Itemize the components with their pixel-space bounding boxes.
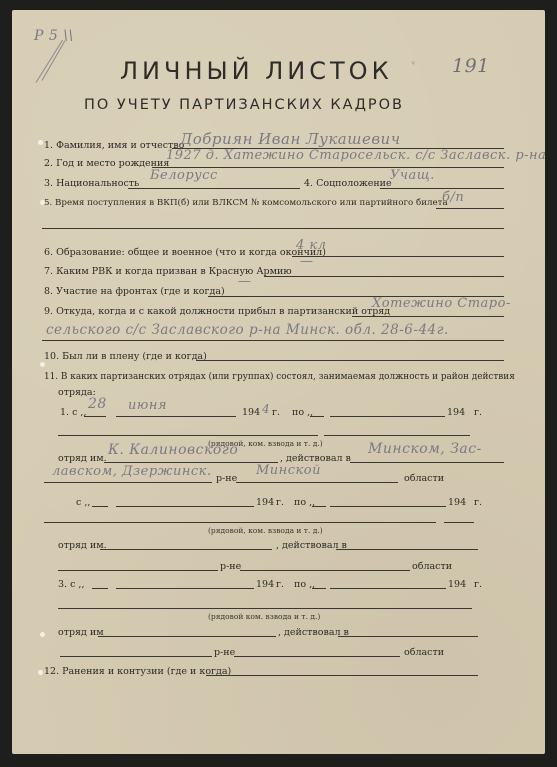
entry-2-year-g: г. [276,497,284,508]
field-4-label: 4. Соцположение [304,178,392,189]
field-7-value: — [300,254,314,269]
entry-3-to-year-g: г. [474,579,482,590]
entry-2-to-month-line [330,506,446,507]
punch-hole [40,632,45,637]
field-7-label: 7. Каким РВК и когда призван в Красную А… [44,266,292,277]
field-8-value: — [238,274,252,289]
field-9-line-2 [42,340,504,341]
entry-2-position-line-2 [444,522,474,523]
entry-2-detachment-line [100,549,272,550]
field-12-label: 12. Ранения и контузии (где и когда) [44,666,231,677]
field-2-value: 1927 д. Хатежино Старосельск. с/с Заслав… [166,148,546,163]
entry-2-district-label: р-не [220,561,241,572]
entry-3-district-line [60,656,212,657]
field-4-value: Учащ. [390,168,435,183]
entry-3-to-year: 194 [448,579,466,590]
field-9-label: 9. Откуда, когда и с какой должности при… [44,306,390,317]
entry-3-district-label: р-не [214,647,235,658]
field-6-label: 6. Образование: общее и военное (что и к… [44,247,326,258]
punch-hole [38,140,43,145]
field-6-line [292,256,504,257]
entry-1-region: Минской [256,463,321,478]
entry-2-position-line [44,522,436,523]
entry-1-acted-in: Минском, Зас- [368,441,482,457]
entry-1-day-line [84,416,106,417]
entry-1-to-year: 194 [447,407,465,418]
entry-2-to-year-g: г. [474,497,482,508]
entry-2-acted-line [336,549,478,550]
entry-1-detachment-line [104,462,278,463]
entry-1-district-label: р-не [216,473,237,484]
entry-1-from-month: июня [128,398,167,413]
field-1-value: Добриян Иван Лукашевич [180,130,401,148]
field-5-line-2 [42,228,504,229]
entry-3-to-month-line [330,588,446,589]
field-7-line [264,276,504,277]
field-1-label: 1. Фамилия, имя и отчество [44,140,184,151]
document-title: ЛИЧНЫЙ ЛИСТОК [120,57,393,85]
field-8-label: 8. Участие на фронтах (где и когда) [44,286,225,297]
entry-3-year-g: г. [276,579,284,590]
entry-3-position-caption: (рядовой ком. взвода и т. д.) [208,612,320,621]
entry-3-position-line [58,608,472,609]
field-9-line [352,316,504,317]
entry-1-month-line [116,416,236,417]
entry-3-year-prefix: 194 [256,579,274,590]
field-3-label: 3. Национальность [44,178,139,189]
entry-1-year-g: г. [272,407,280,418]
entry-3-acted-line [338,636,478,637]
entry-1-acted-line [350,462,504,463]
entry-1-year-suffix: 4 [262,402,270,416]
entry-2-day-line [92,506,108,507]
entry-1-position-line-2 [324,435,470,436]
field-5-value: б/п [442,190,464,205]
entry-1-number: 1. с ,, [60,407,86,418]
punch-hole [40,362,45,367]
entry-1-from-day: 28 [88,396,107,412]
entry-3-number: 3. с ,, [58,579,84,590]
entry-2-year-prefix: 194 [256,497,274,508]
punch-hole [40,200,45,205]
field-3-value: Белорусс [150,168,218,183]
entry-1-detachment: К. Калиновского [108,442,238,458]
corner-pencil-mark: P 5 \\ [34,28,74,44]
entry-3-detachment-line [98,636,276,637]
entry-2-position-caption: (рядовой, ком. взвода и т. д.) [208,526,323,535]
entry-3-day-line [92,588,108,589]
entry-1-to-day-line [310,416,324,417]
field-4-line [380,188,504,189]
tick-mark: ᵛ [412,60,416,71]
entry-1-detachment-label: отряд им. [58,453,107,464]
field-9-value-line-1: Хотежино Старо- [372,296,511,311]
entry-2-to-year: 194 [448,497,466,508]
field-10-label: 10. Был ли в плену (где и когда) [44,351,207,362]
entry-2-to-day-line [312,506,326,507]
entry-1-to-year-g: г. [474,407,482,418]
entry-2-district-line [58,570,218,571]
field-5-label: 5. Время поступления в ВКП(б) или ВЛКСМ … [44,198,448,208]
entry-1-to-month-line [330,416,445,417]
field-9-value-line-2: сельского с/с Заславского р-на Минск. об… [46,322,449,338]
field-5-line [436,208,504,209]
entry-3-region-label: области [404,647,444,658]
field-10-line [196,360,504,361]
entry-3-month-line [116,588,254,589]
entry-2-month-line [116,506,254,507]
entry-1-year-prefix: 194 [242,407,260,418]
entry-3-region-line [234,656,400,657]
field-11-label: 11. В каких партизанских отрядах (или гр… [44,372,515,382]
entry-3-to-day-line [312,588,326,589]
entry-1-region-label: области [404,473,444,484]
entry-1-district-line [44,482,212,483]
punch-hole [38,670,43,675]
entry-1-region-line [236,482,398,483]
entry-2-region-line [240,570,410,571]
field-12-line [206,675,478,676]
document-subtitle: ПО УЧЕТУ ПАРТИЗАНСКИХ КАДРОВ [84,97,404,113]
entry-2-number: с ,, [76,497,90,508]
entry-3-detachment-label: отряд им [58,627,104,638]
archive-number: 191 [452,55,490,77]
field-6-value: 4 кл [296,238,326,253]
field-3-line [128,188,300,189]
entry-1-position-line [58,435,318,436]
entry-1-acted-in-2: лавском, Дзержинск. [52,464,212,479]
entry-2-region-label: области [412,561,452,572]
form-sheet [12,10,545,754]
